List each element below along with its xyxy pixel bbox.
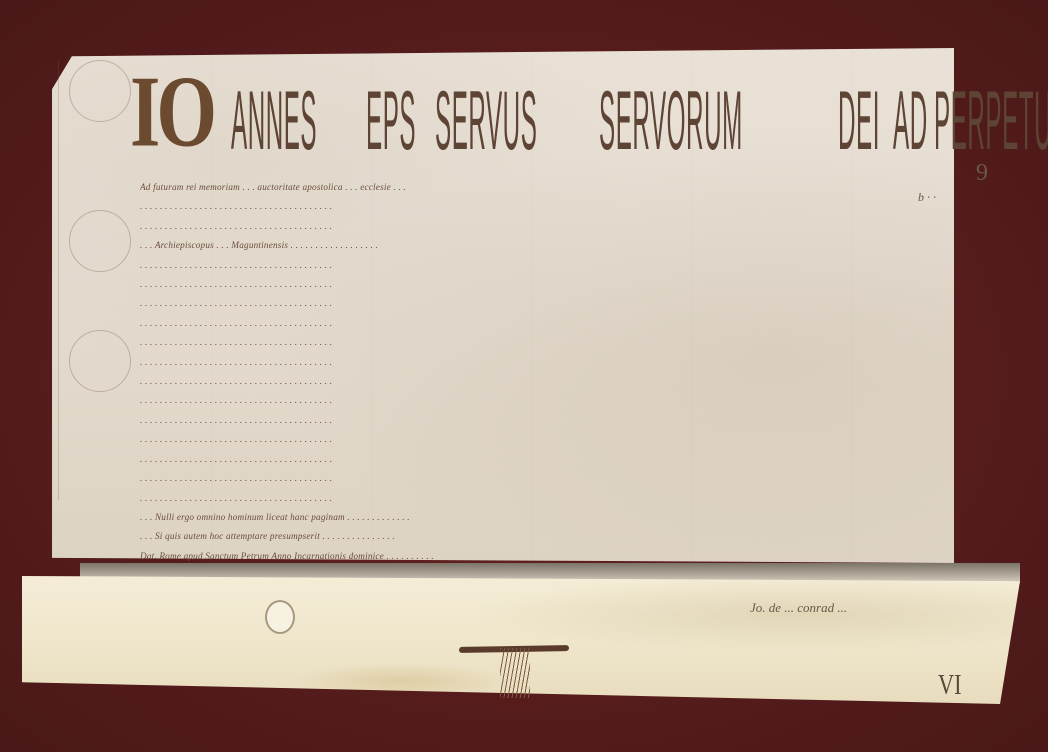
ornament-rosette	[69, 210, 131, 272]
margin-number: 9	[976, 160, 988, 187]
text-line: . . . . . . . . . . . . . . . . . . . . …	[140, 372, 930, 391]
title-word: EPS	[366, 75, 416, 170]
decorated-initial-ornament	[58, 60, 139, 500]
title-word: SERVORUM	[599, 75, 743, 170]
text-line: . . . . . . . . . . . . . . . . . . . . …	[140, 333, 930, 352]
text-line: . . . . . . . . . . . . . . . . . . . . …	[140, 275, 930, 294]
title-word: DEI	[838, 75, 880, 170]
text-line: . . . . . . . . . . . . . . . . . . . . …	[140, 489, 930, 508]
plica-roman-numeral: VI	[938, 670, 962, 702]
text-line: . . . . . . . . . . . . . . . . . . . . …	[140, 430, 930, 449]
text-line: . . . . . . . . . . . . . . . . . . . . …	[140, 353, 930, 372]
seal-hole	[265, 600, 295, 634]
text-line: . . . . . . . . . . . . . . . . . . . . …	[140, 197, 930, 216]
text-line: Ad futuram rei memoriam . . . auctoritat…	[140, 178, 930, 197]
margin-note: b ∙ ∙	[918, 190, 936, 205]
title-word: ANNES	[231, 75, 317, 170]
text-line: . . . Nulli ergo omnino hominum liceat h…	[140, 508, 930, 527]
title-word: AD	[893, 75, 928, 170]
text-line: . . . Archiepiscopus . . . Maguntinensis…	[140, 236, 930, 255]
title-word: SERVUS	[435, 75, 537, 170]
text-line: . . . Si quis autem hoc attemptare presu…	[140, 527, 930, 546]
seal-cord-threads	[500, 648, 530, 698]
text-line: . . . . . . . . . . . . . . . . . . . . …	[140, 217, 930, 236]
title-initial: IO	[130, 53, 213, 170]
text-line: . . . . . . . . . . . . . . . . . . . . …	[140, 469, 930, 488]
ornament-rosette	[69, 60, 131, 122]
title-word: PERPETUAM	[934, 75, 1048, 170]
text-line: . . . . . . . . . . . . . . . . . . . . …	[140, 411, 930, 430]
scribe-signature: Jo. de ... conrad ...	[750, 600, 847, 616]
text-line: . . . . . . . . . . . . . . . . . . . . …	[140, 314, 930, 333]
text-line: . . . . . . . . . . . . . . . . . . . . …	[140, 256, 930, 275]
text-line: . . . . . . . . . . . . . . . . . . . . …	[140, 391, 930, 410]
body-text: Ad futuram rei memoriam . . . auctoritat…	[140, 178, 930, 566]
title-line: IO ANNES EPS SERVUS SERVORUM DEI AD PERP…	[130, 60, 920, 170]
ornament-rosette	[69, 330, 131, 392]
text-line: . . . . . . . . . . . . . . . . . . . . …	[140, 450, 930, 469]
text-line: . . . . . . . . . . . . . . . . . . . . …	[140, 294, 930, 313]
